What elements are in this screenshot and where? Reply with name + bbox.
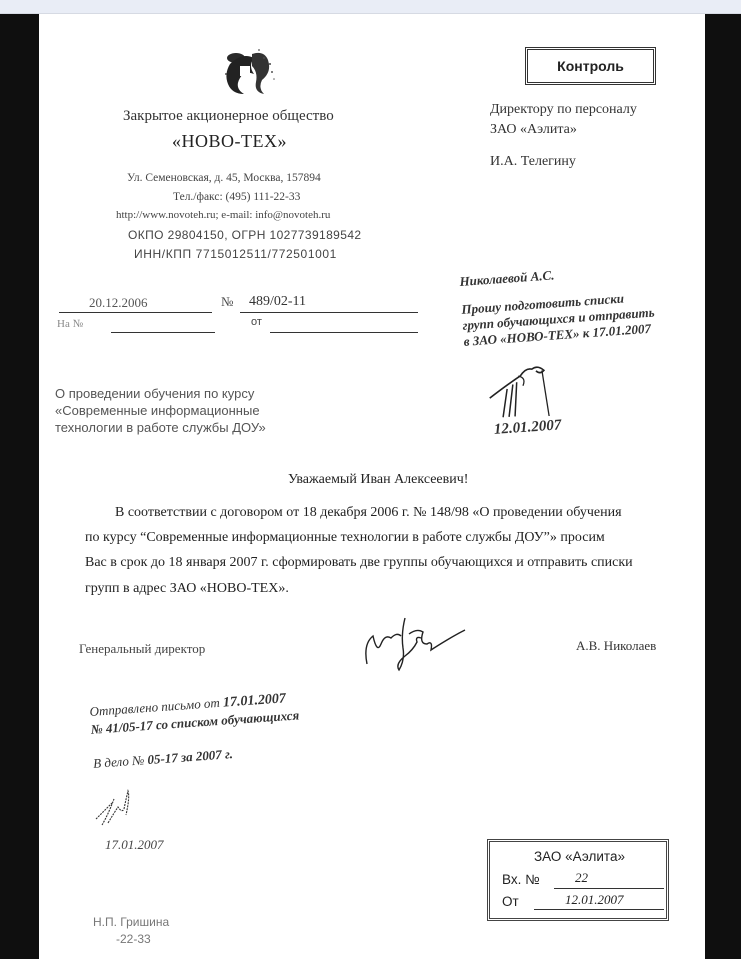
resolution: Николаевой А.С. Прошу подготовить списки… — [459, 256, 724, 350]
notes-date: 17.01.2007 — [105, 837, 164, 853]
outgoing-number: 489/02-11 — [249, 294, 306, 310]
resolution-date: 12.01.2007 — [493, 417, 562, 439]
company-type: Закрытое акционерное общество — [123, 108, 334, 125]
viewer-top-bar — [0, 0, 741, 14]
company-okpo-ogrn: ОКПО 29804150, ОГРН 1027739189542 — [128, 228, 361, 242]
addressee-position: Директору по персоналу — [490, 102, 637, 118]
reply-number-underline — [111, 332, 215, 333]
body-line: Вас в срок до 18 января 2007 г. сформиро… — [85, 555, 705, 571]
subject-line: О проведении обучения по курсу — [55, 386, 254, 401]
reply-date-underline — [270, 332, 418, 333]
incoming-date-label: От — [502, 894, 519, 909]
reply-to-number-label: На № — [57, 318, 83, 330]
file-note-value: 05-17 за 2007 г. — [147, 746, 233, 767]
incoming-number-underline — [554, 888, 664, 889]
body-line: по курсу “Современные информационные тех… — [85, 530, 705, 546]
resolution-signature-icon — [485, 356, 559, 421]
company-name: «НОВО-ТЕХ» — [172, 131, 287, 152]
company-web-email: http://www.novoteh.ru; e-mail: info@novo… — [116, 209, 330, 221]
company-phone-fax: Тел./факс: (495) 111-22-33 — [173, 191, 300, 203]
resolution-recipient: Николаевой А.С. — [459, 256, 719, 290]
subject-line: технологии в работе службы ДОУ» — [55, 420, 266, 435]
reply-from-label: от — [251, 316, 262, 328]
signatory-name: А.В. Николаев — [576, 638, 656, 654]
incoming-date: 12.01.2007 — [565, 892, 624, 908]
document-page: Закрытое акционерное общество «НОВО-ТЕХ»… — [39, 14, 705, 959]
addressee-name: И.А. Телегину — [490, 154, 576, 170]
incoming-number-label: Вх. № — [502, 872, 540, 887]
execution-notes: Отправлено письмо от 17.01.2007 № 41/05-… — [89, 689, 302, 771]
stamp-organization: ЗАО «Аэлита» — [534, 849, 625, 864]
greeting: Уважаемый Иван Алексеевич! — [288, 472, 468, 488]
number-underline — [240, 312, 418, 313]
sent-note-date: 17.01.2007 — [223, 691, 287, 710]
file-note-prefix: В дело № — [93, 752, 145, 771]
signatory-title: Генеральный директор — [79, 641, 205, 657]
date-underline — [59, 312, 212, 313]
company-inn-kpp: ИНН/КПП 7715012511/772501001 — [134, 247, 337, 261]
subject-line: «Современные информационные — [55, 403, 260, 418]
company-logo-icon — [214, 44, 284, 99]
incoming-number: 22 — [575, 870, 588, 886]
company-address: Ул. Семеновская, д. 45, Москва, 157894 — [127, 172, 321, 184]
control-stamp: Контроль — [525, 47, 656, 85]
addressee-organization: ЗАО «Аэлита» — [490, 122, 577, 138]
initials-signature-icon — [94, 789, 134, 829]
outgoing-date: 20.12.2006 — [89, 295, 148, 311]
body-line: В соответствии с договором от 18 декабря… — [115, 505, 735, 521]
number-sign: № — [221, 294, 233, 310]
executor-phone: -22-33 — [116, 932, 151, 946]
executor-name: Н.П. Гришина — [93, 915, 169, 929]
incoming-registration-stamp: ЗАО «Аэлита» Вх. № 22 От 12.01.2007 — [487, 839, 669, 921]
director-signature-icon — [361, 614, 471, 674]
body-line: групп в адрес ЗАО «НОВО-ТЕХ». — [85, 581, 705, 597]
incoming-date-underline — [534, 909, 664, 910]
